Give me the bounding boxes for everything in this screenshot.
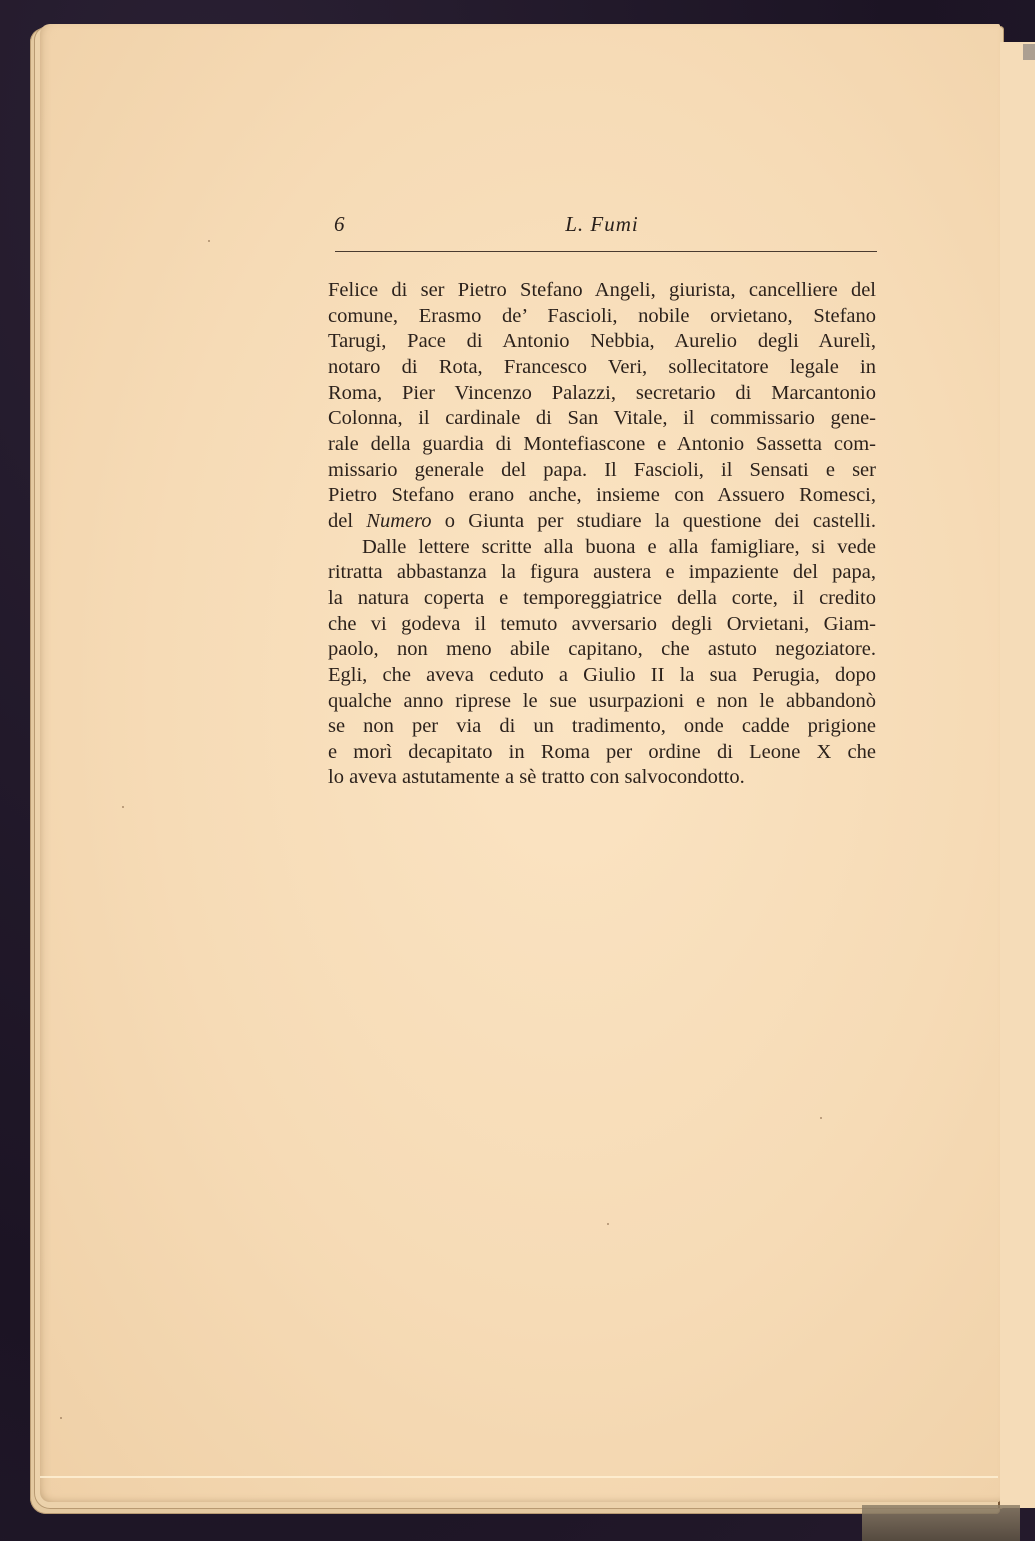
text-line: del Numero o Giunta per studiare la ques… — [328, 509, 876, 535]
text-line: notaro di Rota, Francesco Veri, sollecit… — [328, 355, 876, 381]
page-corner-tab — [1023, 44, 1035, 60]
text-line: se non per via di un tradimento, onde ca… — [328, 714, 876, 740]
running-head: 6 L. Fumi — [328, 208, 876, 240]
paragraph: Felice di ser Pietro Stefano Angeli, giu… — [328, 278, 876, 535]
text-line: paolo, non meno abile capitano, che astu… — [328, 637, 876, 663]
text-fragment: o Giunta per studiare la questione dei c… — [432, 510, 876, 532]
text-line: Tarugi, Pace di Antonio Nebbia, Aurelio … — [328, 329, 876, 355]
text-line: Roma, Pier Vincenzo Palazzi, secretario … — [328, 381, 876, 407]
text-line: lo aveva astutamente a sè tratto con sal… — [328, 765, 876, 791]
text-line: Pietro Stefano erano anche, insieme con … — [328, 483, 876, 509]
page-bottom-edge — [40, 1476, 998, 1478]
paper-speck — [820, 1117, 822, 1119]
paper-speck — [60, 1417, 62, 1419]
next-page-edge — [998, 42, 1035, 1508]
running-title: L. Fumi — [328, 212, 876, 237]
paper-speck — [208, 240, 210, 242]
text-line: la natura coperta e temporeggiatrice del… — [328, 586, 876, 612]
text-line: Egli, che aveva ceduto a Giulio II la su… — [328, 663, 876, 689]
text-fragment: del — [328, 510, 366, 532]
text-line: rale della guardia di Montefiascone e An… — [328, 432, 876, 458]
text-line: ritratta abbastanza la figura austera e … — [328, 560, 876, 586]
paper-speck — [607, 1223, 609, 1225]
text-line: che vi godeva il temuto avversario degli… — [328, 612, 876, 638]
text-line: qualche anno riprese le sue usurpazioni … — [328, 689, 876, 715]
text-line: missario generale del papa. Il Fascioli,… — [328, 458, 876, 484]
body-text: Felice di ser Pietro Stefano Angeli, giu… — [328, 278, 876, 791]
text-line: Colonna, il cardinale di San Vitale, il … — [328, 406, 876, 432]
text-line: Felice di ser Pietro Stefano Angeli, giu… — [328, 278, 876, 304]
text-line: e morì decapitato in Roma per ordine di … — [328, 740, 876, 766]
text-line: Dalle lettere scritte alla buona e alla … — [328, 535, 876, 561]
header-rule — [335, 251, 877, 252]
text-line: comune, Erasmo de’ Fascioli, nobile orvi… — [328, 304, 876, 330]
paper-speck — [122, 806, 124, 808]
italic-term: Numero — [366, 510, 431, 532]
binding-strip — [862, 1505, 1020, 1541]
paragraph: Dalle lettere scritte alla buona e alla … — [328, 535, 876, 792]
